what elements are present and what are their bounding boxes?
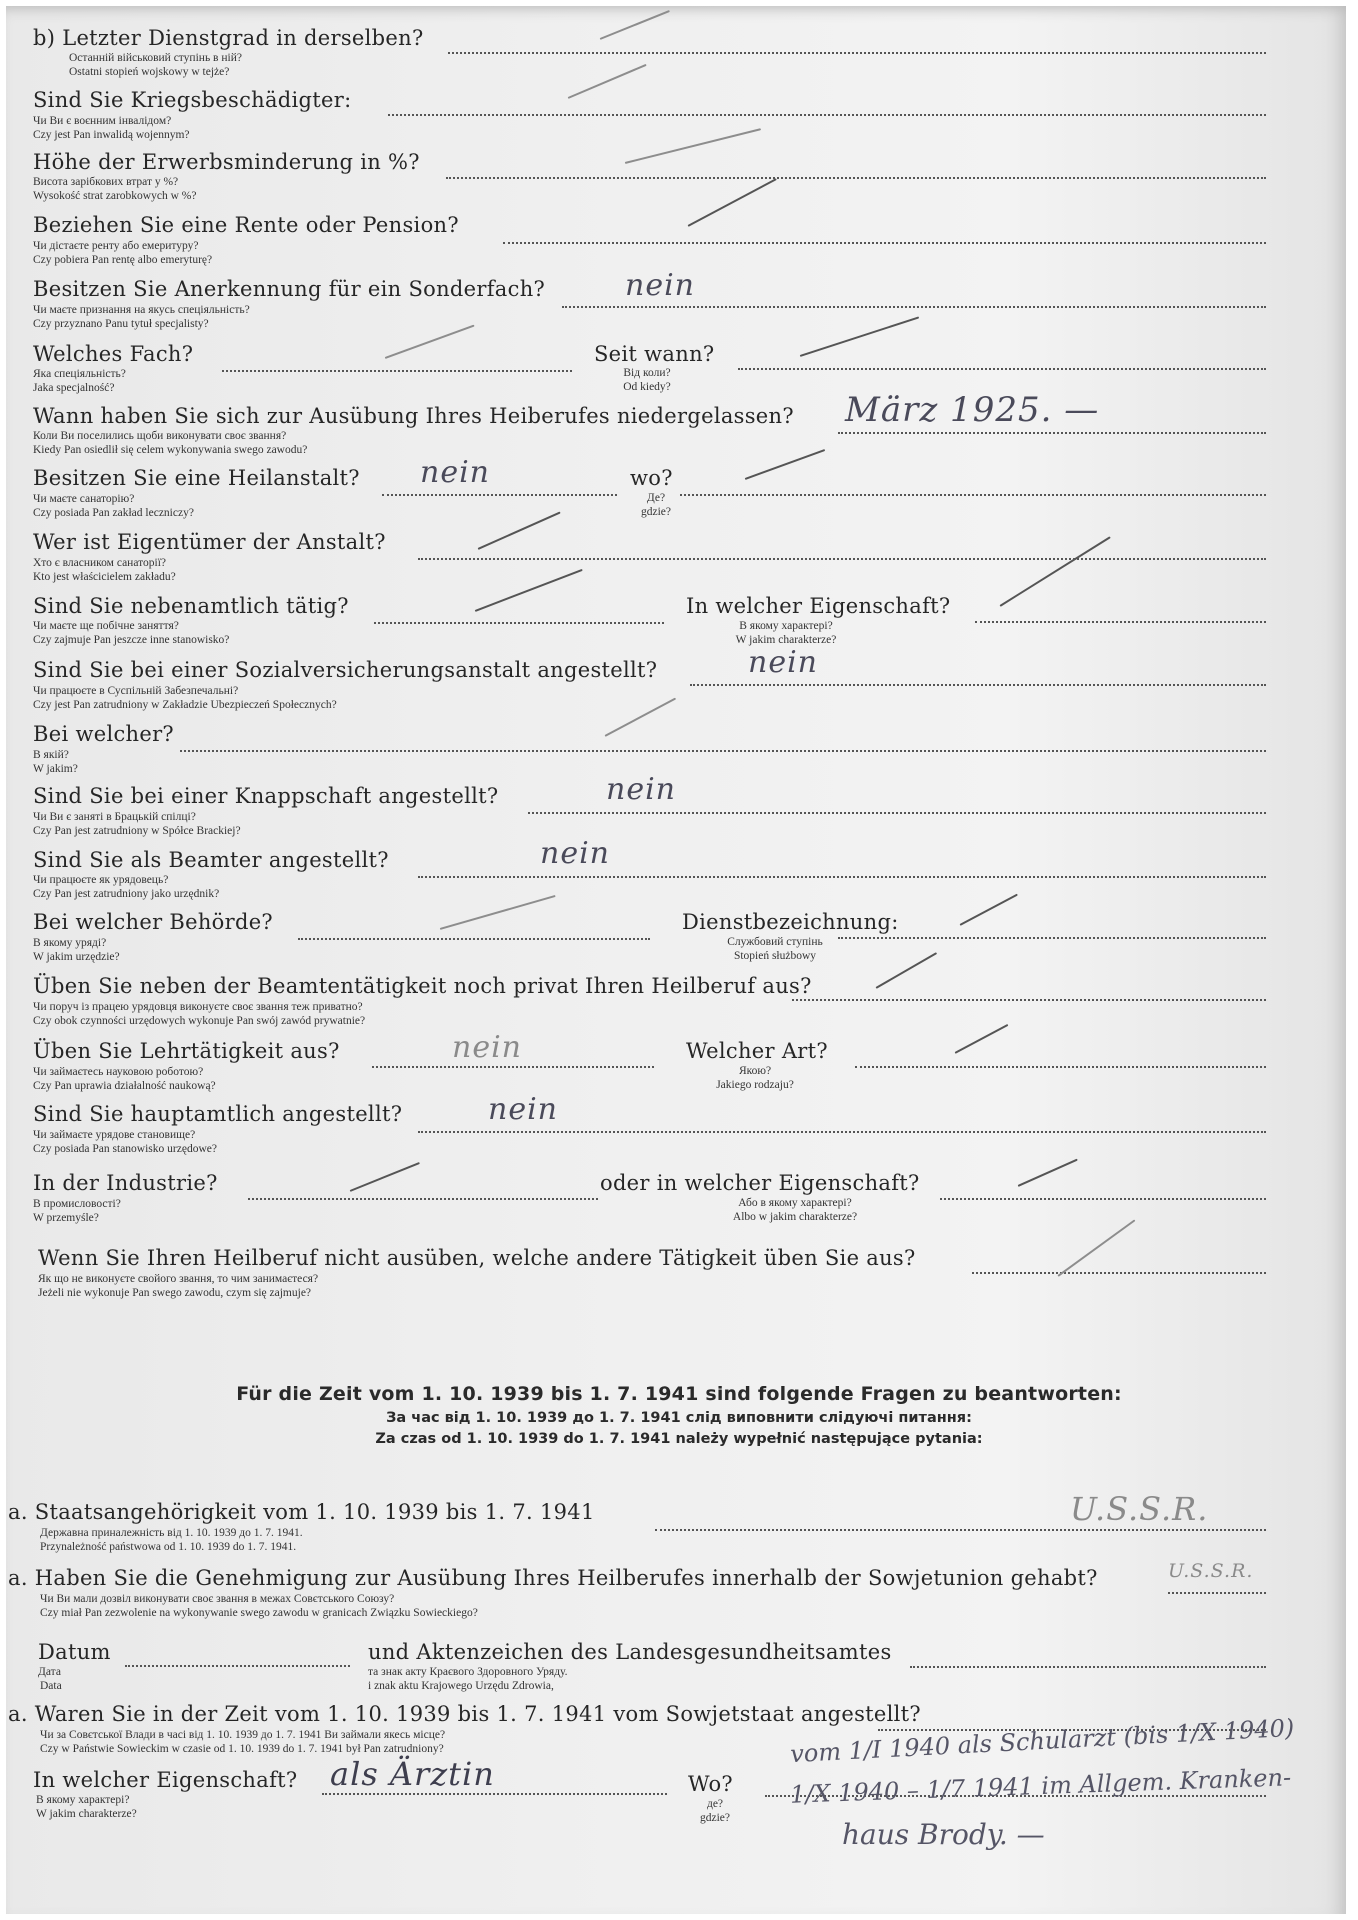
question-prefix: a. <box>8 1566 28 1590</box>
question-andere-taetigkeit: Wenn Sie Ihren Heilberuf nicht ausüben, … <box>38 1246 916 1270</box>
question-oder-eigenschaft-pl: Albo w jakim charakterze? <box>690 1211 900 1225</box>
answer-field-niedergelassen[interactable] <box>838 432 1266 434</box>
answer-field-welcher-art[interactable] <box>855 1066 1266 1068</box>
answer-field-oder-eigenschaft[interactable] <box>940 1198 1266 1200</box>
answer-field-sonderfach[interactable] <box>562 306 1266 308</box>
question-welcher-art-uk: Якою? <box>690 1065 820 1079</box>
question-heilanstalt-pl: Czy posiada Pan zakład leczniczy? <box>33 507 194 521</box>
question-welches-fach: Welches Fach? <box>33 342 193 366</box>
question-heilanstalt-uk: Чи маєте санаторію? <box>33 493 134 507</box>
question-nebenamtlich: Sind Sie nebenamtlich tätig? <box>33 594 349 618</box>
question-eigentuemer: Wer ist Eigentümer der Anstalt? <box>33 530 386 554</box>
question-beamter-pl: Czy Pan jest zatrudniony jako urzędnik? <box>33 888 219 902</box>
answer-niedergelassen: März 1925. — <box>845 390 1099 430</box>
question-erwerbsminderung: Höhe der Erwerbsminderung in %? <box>33 150 420 174</box>
question-rente-uk: Чи дістаєте ренту або емеритуру? <box>33 240 198 254</box>
answer-field-bei-welcher[interactable] <box>180 750 1266 752</box>
question-staatsangehoerigkeit-pl: Przynależność państwowa od 1. 10. 1939 d… <box>40 1541 296 1555</box>
answer-field-andere-taetigkeit[interactable] <box>972 1272 1266 1274</box>
question-seit-wann-uk: Від коли? <box>612 367 682 381</box>
question-knappschaft-uk: Чи Ви є заняті в Брацькій спілці? <box>33 811 196 825</box>
answer-wo-2-line2: haus Brody. — <box>842 1818 1045 1851</box>
question-erwerbsminderung-pl: Wysokość strat zarobkowych w %? <box>33 190 196 204</box>
question-andere-taetigkeit-uk: Як що не виконуєте свойого звання, то чи… <box>38 1273 318 1287</box>
question-eigenschaft-1-uk: В якому характері? <box>706 620 866 634</box>
question-beamter-uk: Чи працюєте як урядовець? <box>33 874 168 888</box>
question-rente-pl: Czy pobiera Pan rentę albo emeryturę? <box>33 254 212 268</box>
section-heading: Für die Zeit vom 1. 10. 1939 bis 1. 7. 1… <box>0 1383 1358 1447</box>
question-letzter-dienstgrad: b) Letzter Dienstgrad in derselben? <box>33 26 424 50</box>
question-sozialversicherung-uk: Чи працюєте в Суспільній Забезпечальні? <box>33 685 238 699</box>
question-sonderfach: Besitzen Sie Anerkennung für ein Sonderf… <box>33 277 545 301</box>
question-wo-2-uk: де? <box>690 1798 740 1812</box>
question-behoerde: Bei welcher Behörde? <box>33 910 273 934</box>
question-erwerbsminderung-uk: Висота зарібкових втрат у %? <box>33 176 178 190</box>
question-nebenamtlich-uk: Чи маєте ще побічне заняття? <box>33 620 179 634</box>
question-wo-2: Wo? <box>688 1772 733 1796</box>
question-behoerde-pl: W jakim urzędzie? <box>33 951 120 965</box>
question-welches-fach-uk: Яка спеціяльність? <box>33 368 126 382</box>
answer-field-genehmigung[interactable] <box>1168 1592 1266 1594</box>
answer-knappschaft: nein <box>606 772 676 807</box>
answer-field-knappschaft[interactable] <box>528 812 1266 814</box>
question-genehmigung-pl: Czy miał Pan zezwolenie na wykonywanie s… <box>40 1607 478 1621</box>
question-prefix: a. <box>8 1702 28 1726</box>
answer-field-aktenzeichen[interactable] <box>910 1666 1266 1668</box>
question-hauptamtlich-pl: Czy posiada Pan stanowisko urzędowe? <box>33 1143 217 1157</box>
section-heading-pl: Za czas od 1. 10. 1939 do 1. 7. 1941 nal… <box>0 1431 1358 1447</box>
question-sowjetstaat-angestellt-uk: Чи за Совєтської Влади в часі від 1. 10.… <box>40 1729 445 1743</box>
answer-field-rente[interactable] <box>503 242 1266 244</box>
question-niedergelassen-uk: Коли Ви поселились щоби виконувати своє … <box>33 430 286 444</box>
question-letzter-dienstgrad-uk: Останній військовий ступінь в ній? <box>69 52 242 66</box>
question-bei-welcher: Bei welcher? <box>33 722 174 746</box>
answer-field-eigenschaft-1[interactable] <box>975 621 1266 623</box>
question-oder-eigenschaft: oder in welcher Eigenschaft? <box>600 1171 920 1195</box>
answer-sonderfach: nein <box>625 268 695 303</box>
question-text: Waren Sie in der Zeit vom 1. 10. 1939 bi… <box>35 1702 921 1726</box>
question-sonderfach-uk: Чи маєте признання на якусь спеціяльніст… <box>33 304 250 318</box>
question-welcher-art-pl: Jakiego rodzaju? <box>690 1079 820 1093</box>
question-wo-pl: gdzie? <box>626 506 686 520</box>
question-niedergelassen-pl: Kiedy Pan osiedlił się celem wykonywania… <box>33 444 307 458</box>
answer-eigenschaft-2: als Ärztin <box>330 1755 495 1793</box>
answer-field-eigenschaft-2[interactable] <box>322 1793 667 1795</box>
question-bei-welcher-uk: В якій? <box>33 749 69 763</box>
answer-field-heilanstalt[interactable] <box>382 494 617 496</box>
question-genehmigung-uk: Чи Ви мали дозвіл виконувати своє звання… <box>40 1593 394 1607</box>
question-seit-wann: Seit wann? <box>594 342 714 366</box>
question-sozialversicherung-pl: Czy jest Pan zatrudniony w Zakładzie Ube… <box>33 699 337 713</box>
question-letzter-dienstgrad-pl: Ostatni stopień wojskowy w tejże? <box>69 66 229 80</box>
question-eigenschaft-2: In welcher Eigenschaft? <box>33 1768 297 1792</box>
answer-field-welches-fach[interactable] <box>222 370 572 372</box>
answer-field-seit-wann[interactable] <box>738 368 1266 370</box>
question-datum-uk: Дата <box>38 1666 61 1680</box>
question-oder-eigenschaft-uk: Або в якому характері? <box>690 1197 900 1211</box>
question-hauptamtlich-uk: Чи займаєте урядове становище? <box>33 1129 195 1143</box>
question-seit-wann-pl: Od kiedy? <box>612 381 682 395</box>
answer-genehmigung: U.S.S.R. <box>1168 1560 1253 1582</box>
answer-heilanstalt: nein <box>420 455 490 490</box>
answer-field-eigentuemer[interactable] <box>418 558 1266 560</box>
question-lehrtaetigkeit: Üben Sie Lehrtätigkeit aus? <box>33 1039 340 1063</box>
answer-field-staatsangehoerigkeit[interactable] <box>655 1529 1266 1531</box>
answer-field-erwerbsminderung[interactable] <box>446 177 1266 179</box>
question-sozialversicherung: Sind Sie bei einer Sozialversicherungsan… <box>33 658 657 682</box>
question-wo-uk: Де? <box>626 492 686 506</box>
question-eigenschaft-2-pl: W jakim charakterze? <box>36 1808 137 1822</box>
question-kriegsbeschaedigter: Sind Sie Kriegsbeschädigter: <box>33 88 351 112</box>
question-nebenamtlich-pl: Czy zajmuje Pan jeszcze inne stanowisko? <box>33 634 229 648</box>
question-industrie-uk: В промисловості? <box>33 1198 121 1212</box>
answer-field-kriegsbeschaedigter[interactable] <box>388 114 1266 116</box>
question-eigentuemer-pl: Kto jest właścicielem zakładu? <box>33 571 176 585</box>
question-lehrtaetigkeit-pl: Czy Pan uprawia działalność naukową? <box>33 1080 216 1094</box>
question-welcher-art: Welcher Art? <box>686 1039 828 1063</box>
question-prefix: a. <box>8 1500 28 1524</box>
answer-lehrtaetigkeit: nein <box>452 1030 522 1065</box>
answer-sozialversicherung: nein <box>748 645 818 680</box>
question-eigentuemer-uk: Хто є власником санаторії? <box>33 557 166 571</box>
question-wo-2-pl: gdzie? <box>690 1812 740 1826</box>
question-kriegsbeschaedigter-uk: Чи Ви є воєнним інвалідом? <box>33 115 171 129</box>
question-privat-heilberuf-uk: Чи поруч із працею урядовця виконуєте св… <box>33 1001 363 1015</box>
answer-field-hauptamtlich[interactable] <box>418 1131 1266 1133</box>
answer-field-wo[interactable] <box>680 494 1266 496</box>
question-genehmigung: a. Haben Sie die Genehmigung zur Ausübun… <box>8 1566 1098 1590</box>
answer-field-lehrtaetigkeit[interactable] <box>372 1066 654 1068</box>
question-aktenzeichen-pl: i znak aktu Krajowego Urzędu Zdrowia, <box>368 1680 554 1694</box>
question-dienstbezeichnung-uk: Службовий ступінь <box>700 936 850 950</box>
question-dienstbezeichnung-pl: Stopień służbowy <box>700 950 850 964</box>
question-niedergelassen: Wann haben Sie sich zur Ausübung Ihres H… <box>33 404 794 428</box>
question-text: Haben Sie die Genehmigung zur Ausübung I… <box>35 1566 1098 1590</box>
question-privat-heilberuf-pl: Czy obok czynności urzędowych wykonuje P… <box>33 1015 365 1029</box>
question-sonderfach-pl: Czy przyznano Panu tytuł specjalisty? <box>33 318 209 332</box>
question-hauptamtlich: Sind Sie hauptamtlich angestellt? <box>33 1102 402 1126</box>
question-rente: Beziehen Sie eine Rente oder Pension? <box>33 213 459 237</box>
question-dienstbezeichnung: Dienstbezeichnung: <box>682 910 899 934</box>
answer-field-beamter[interactable] <box>418 876 1266 878</box>
question-lehrtaetigkeit-uk: Чи займаєтесь науковою роботою? <box>33 1066 203 1080</box>
question-datum-pl: Data <box>40 1680 62 1694</box>
question-industrie-pl: W przemyśle? <box>33 1212 99 1226</box>
question-aktenzeichen-uk: та знак акту Краєвого Здоровного Уряду. <box>368 1666 568 1680</box>
question-welches-fach-pl: Jaka specjalność? <box>33 382 114 396</box>
question-datum: Datum <box>38 1640 111 1664</box>
question-sowjetstaat-angestellt: a. Waren Sie in der Zeit vom 1. 10. 1939… <box>8 1702 921 1726</box>
section-heading-uk: За час від 1. 10. 1939 до 1. 7. 1941 слі… <box>0 1410 1358 1426</box>
question-industrie: In der Industrie? <box>33 1171 218 1195</box>
question-aktenzeichen: und Aktenzeichen des Landesgesundheitsam… <box>368 1640 892 1664</box>
question-knappschaft-pl: Czy Pan jest zatrudniony w Spółce Bracki… <box>33 825 241 839</box>
answer-field-industrie[interactable] <box>248 1198 598 1200</box>
answer-staatsangehoerigkeit: U.S.S.R. <box>1070 1490 1208 1528</box>
question-beamter: Sind Sie als Beamter angestellt? <box>33 848 389 872</box>
question-staatsangehoerigkeit: a. Staatsangehörigkeit vom 1. 10. 1939 b… <box>8 1500 595 1524</box>
question-eigenschaft-2-uk: В якому характері? <box>36 1794 129 1808</box>
question-behoerde-uk: В якому уряді? <box>33 937 106 951</box>
question-wo: wo? <box>630 466 673 490</box>
question-knappschaft: Sind Sie bei einer Knappschaft angestell… <box>33 784 498 808</box>
question-eigenschaft-1: In welcher Eigenschaft? <box>686 594 950 618</box>
question-staatsangehoerigkeit-uk: Державна приналежність від 1. 10. 1939 д… <box>40 1527 303 1541</box>
section-heading-de: Für die Zeit vom 1. 10. 1939 bis 1. 7. 1… <box>0 1383 1358 1405</box>
question-andere-taetigkeit-pl: Jeżeli nie wykonuje Pan swego zawodu, cz… <box>38 1287 311 1301</box>
answer-field-behoerde[interactable] <box>298 938 650 940</box>
answer-beamter: nein <box>540 836 610 871</box>
answer-field-dienstbezeichnung[interactable] <box>838 937 1266 939</box>
answer-field-sozialversicherung[interactable] <box>690 684 1266 686</box>
question-text: Staatsangehörigkeit vom 1. 10. 1939 bis … <box>35 1500 595 1524</box>
answer-field-letzter-dienstgrad[interactable] <box>448 52 1266 54</box>
answer-field-datum[interactable] <box>125 1665 350 1667</box>
question-privat-heilberuf: Üben Sie neben der Beamtentätigkeit noch… <box>33 974 812 998</box>
answer-field-privat-heilberuf[interactable] <box>792 999 1266 1001</box>
question-kriegsbeschaedigter-pl: Czy jest Pan inwalidą wojennym? <box>33 129 190 143</box>
answer-hauptamtlich: nein <box>488 1092 558 1127</box>
question-heilanstalt: Besitzen Sie eine Heilanstalt? <box>33 466 360 490</box>
answer-field-nebenamtlich[interactable] <box>374 622 664 624</box>
question-bei-welcher-pl: W jakim? <box>33 763 78 777</box>
